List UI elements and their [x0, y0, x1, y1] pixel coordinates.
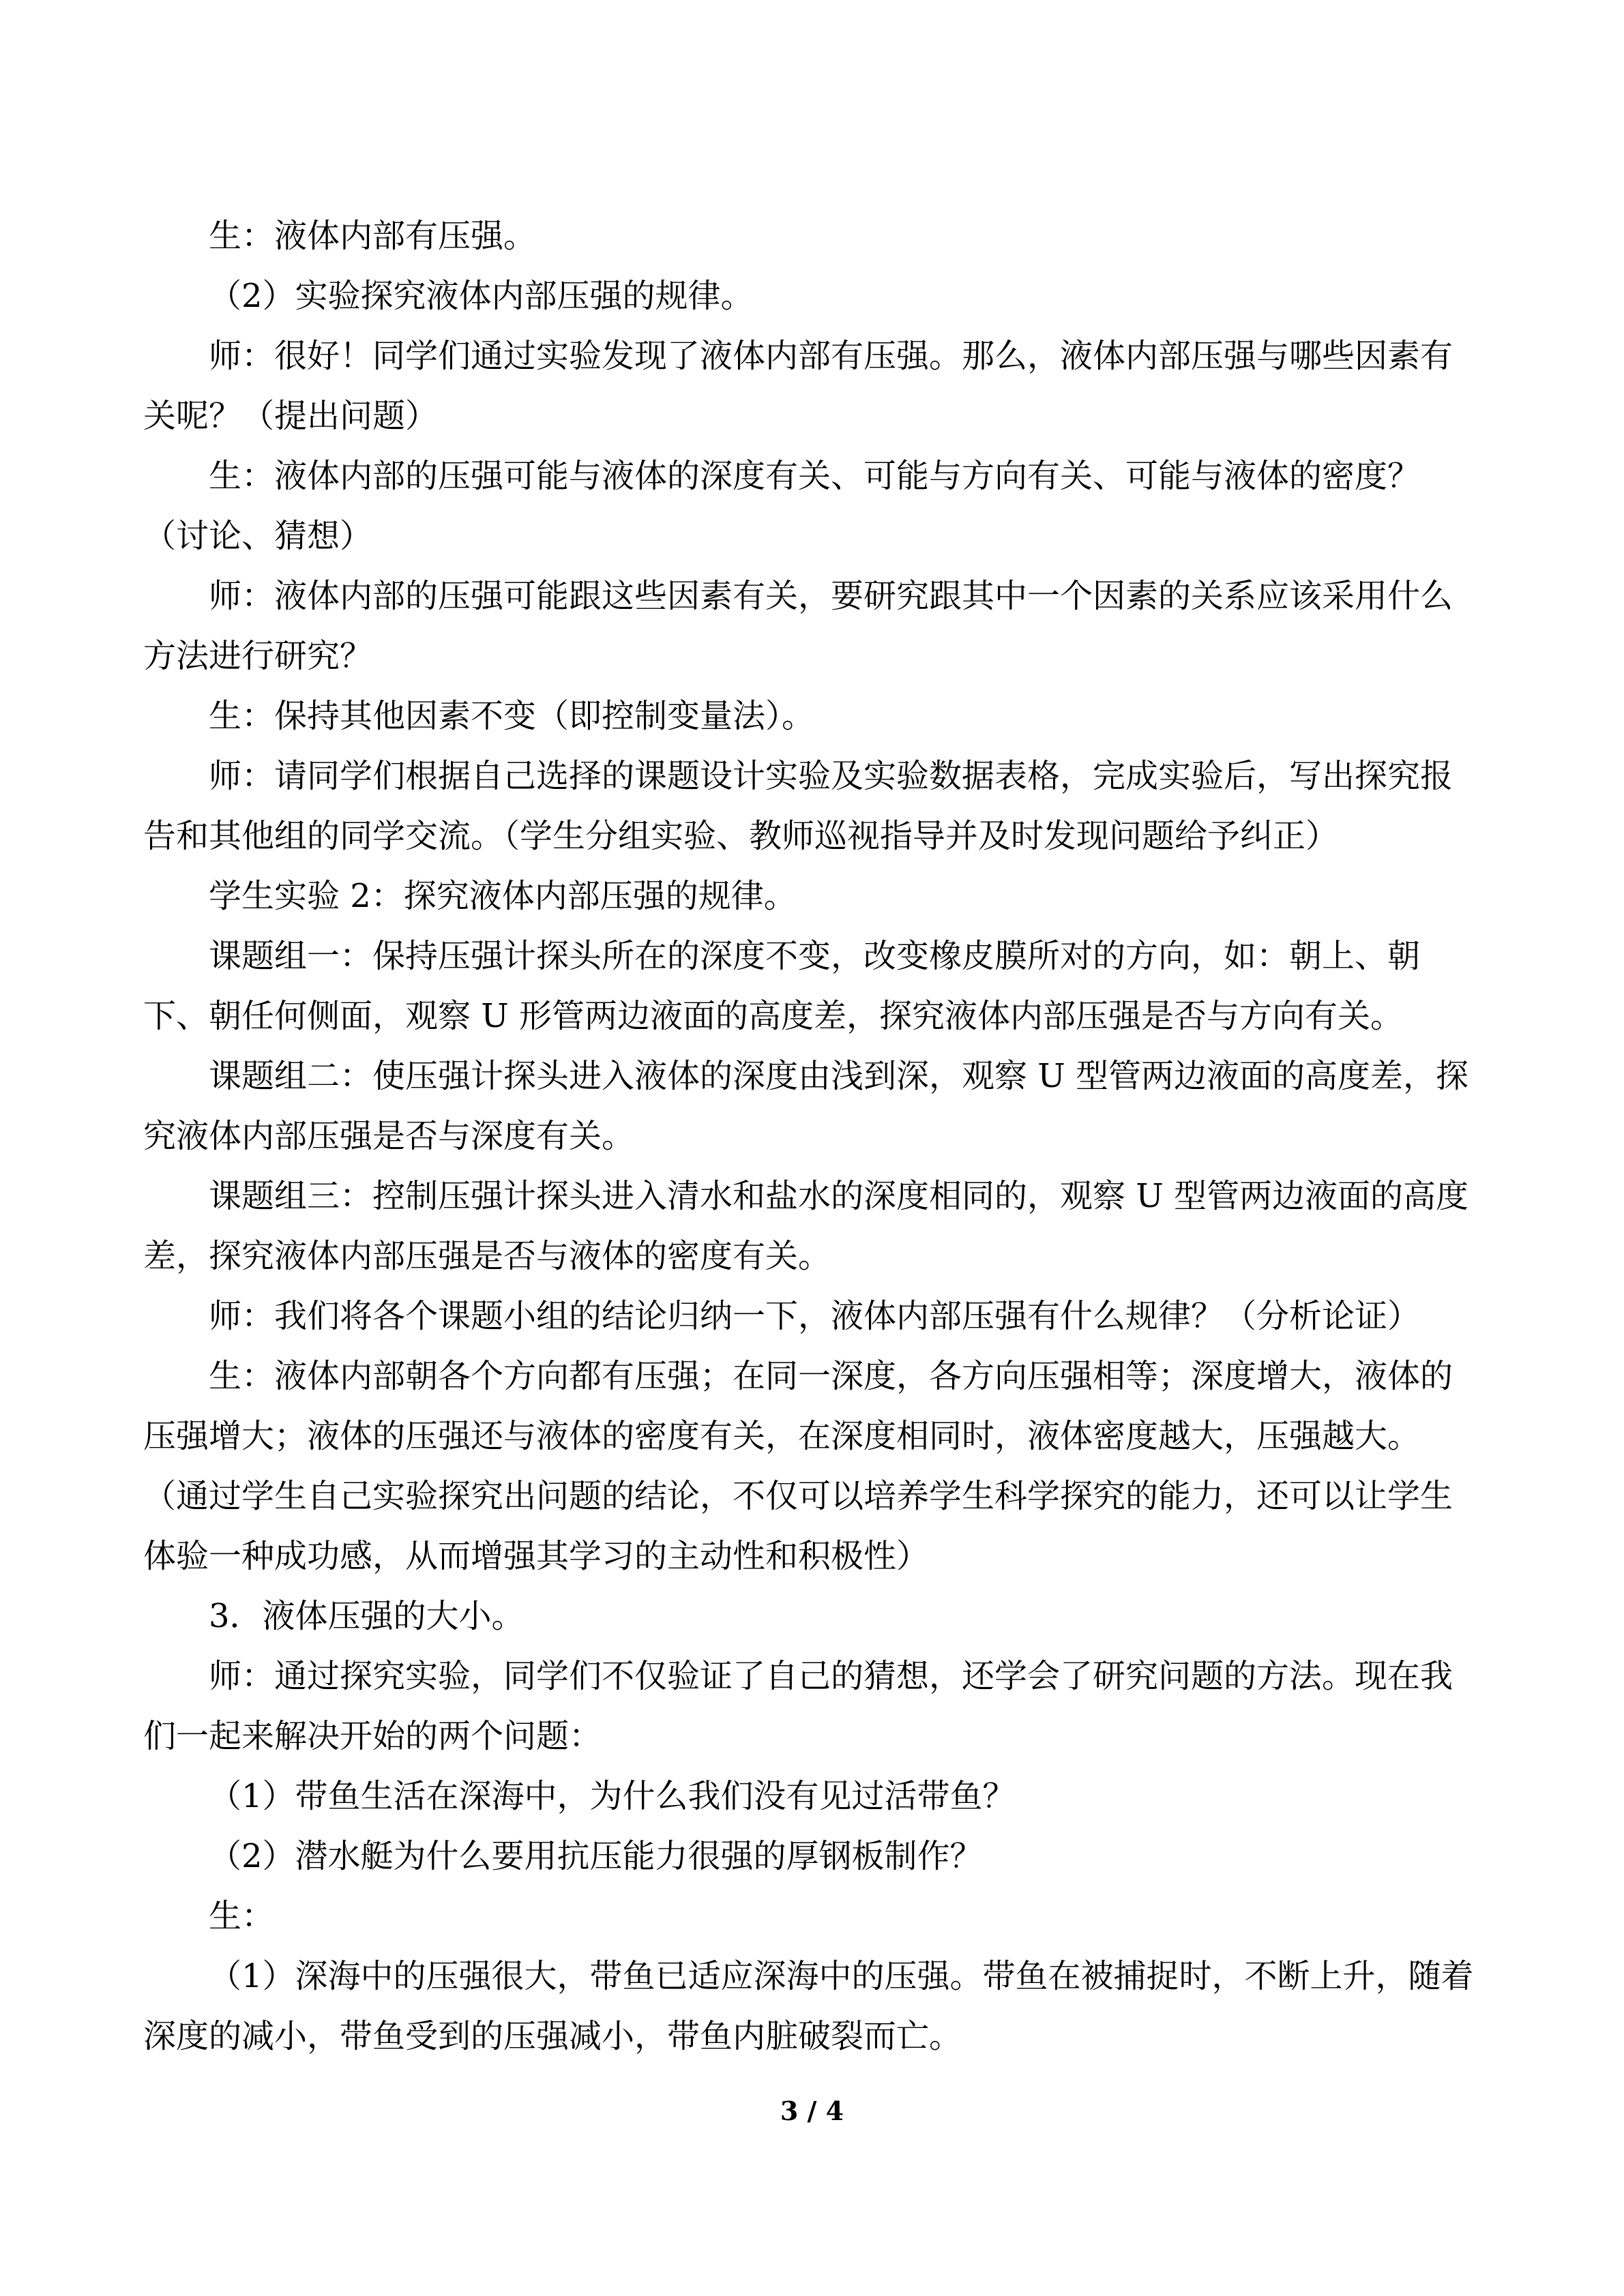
text-line: 究液体内部压强是否与深度有关。 [143, 1106, 1483, 1166]
text-line: 体验一种成功感，从而增强其学习的主动性和积极性） [143, 1526, 1483, 1586]
text-line: （1）深海中的压强很大，带鱼已适应深海中的压强。带鱼在被捕捉时，不断上升，随着 [143, 1946, 1483, 2006]
text-line: （通过学生自己实验探究出问题的结论，不仅可以培养学生科学探究的能力，还可以让学生 [143, 1466, 1483, 1526]
text-line: 师：请同学们根据自己选择的课题设计实验及实验数据表格，完成实验后，写出探究报 [143, 746, 1483, 806]
text-line: 师：我们将各个课题小组的结论归纳一下，液体内部压强有什么规律？（分析论证） [143, 1286, 1483, 1346]
text-line: 深度的减小，带鱼受到的压强减小，带鱼内脏破裂而亡。 [143, 2006, 1483, 2066]
text-line: 师：液体内部的压强可能跟这些因素有关，要研究跟其中一个因素的关系应该采用什么 [143, 566, 1483, 626]
text-line: 课题组三：控制压强计探头进入清水和盐水的深度相同的，观察 U 型管两边液面的高度 [143, 1166, 1483, 1226]
text-line: 压强增大；液体的压强还与液体的密度有关，在深度相同时，液体密度越大，压强越大。 [143, 1406, 1483, 1466]
text-line: 师：通过探究实验，同学们不仅验证了自己的猜想，还学会了研究问题的方法。现在我 [143, 1646, 1483, 1706]
page-footer: 3 / 4 [0, 2095, 1624, 2128]
text-line: 告和其他组的同学交流。（学生分组实验、教师巡视指导并及时发现问题给予纠正） [143, 806, 1483, 866]
text-line: （讨论、猜想） [143, 506, 1483, 566]
text-line: 课题组一：保持压强计探头所在的深度不变，改变橡皮膜所对的方向，如：朝上、朝 [143, 926, 1483, 986]
text-line: （1）带鱼生活在深海中，为什么我们没有见过活带鱼？ [143, 1766, 1483, 1826]
text-line: 师：很好！同学们通过实验发现了液体内部有压强。那么，液体内部压强与哪些因素有 [143, 326, 1483, 386]
text-line: （2）实验探究液体内部压强的规律。 [143, 266, 1483, 326]
text-line: 生： [143, 1886, 1483, 1946]
text-line: 差，探究液体内部压强是否与液体的密度有关。 [143, 1226, 1483, 1286]
text-line: 关呢？（提出问题） [143, 386, 1483, 446]
text-line: 生：保持其他因素不变（即控制变量法）。 [143, 686, 1483, 746]
text-line: 生：液体内部有压强。 [143, 206, 1483, 266]
text-line: 生：液体内部的压强可能与液体的深度有关、可能与方向有关、可能与液体的密度？ [143, 446, 1483, 506]
text-line: 3．液体压强的大小。 [143, 1586, 1483, 1646]
text-line: 生：液体内部朝各个方向都有压强；在同一深度，各方向压强相等；深度增大，液体的 [143, 1346, 1483, 1406]
text-line: 下、朝任何侧面，观察 U 形管两边液面的高度差，探究液体内部压强是否与方向有关。 [143, 986, 1483, 1046]
document-body: 生：液体内部有压强。（2）实验探究液体内部压强的规律。师：很好！同学们通过实验发… [143, 206, 1483, 2066]
document-page: 生：液体内部有压强。（2）实验探究液体内部压强的规律。师：很好！同学们通过实验发… [0, 0, 1624, 2296]
page-number: 3 / 4 [780, 2096, 844, 2126]
text-line: 们一起来解决开始的两个问题： [143, 1706, 1483, 1766]
text-line: 方法进行研究？ [143, 626, 1483, 686]
text-line: （2）潜水艇为什么要用抗压能力很强的厚钢板制作？ [143, 1826, 1483, 1886]
text-line: 学生实验 2：探究液体内部压强的规律。 [143, 866, 1483, 926]
text-line: 课题组二：使压强计探头进入液体的深度由浅到深，观察 U 型管两边液面的高度差，探 [143, 1046, 1483, 1106]
